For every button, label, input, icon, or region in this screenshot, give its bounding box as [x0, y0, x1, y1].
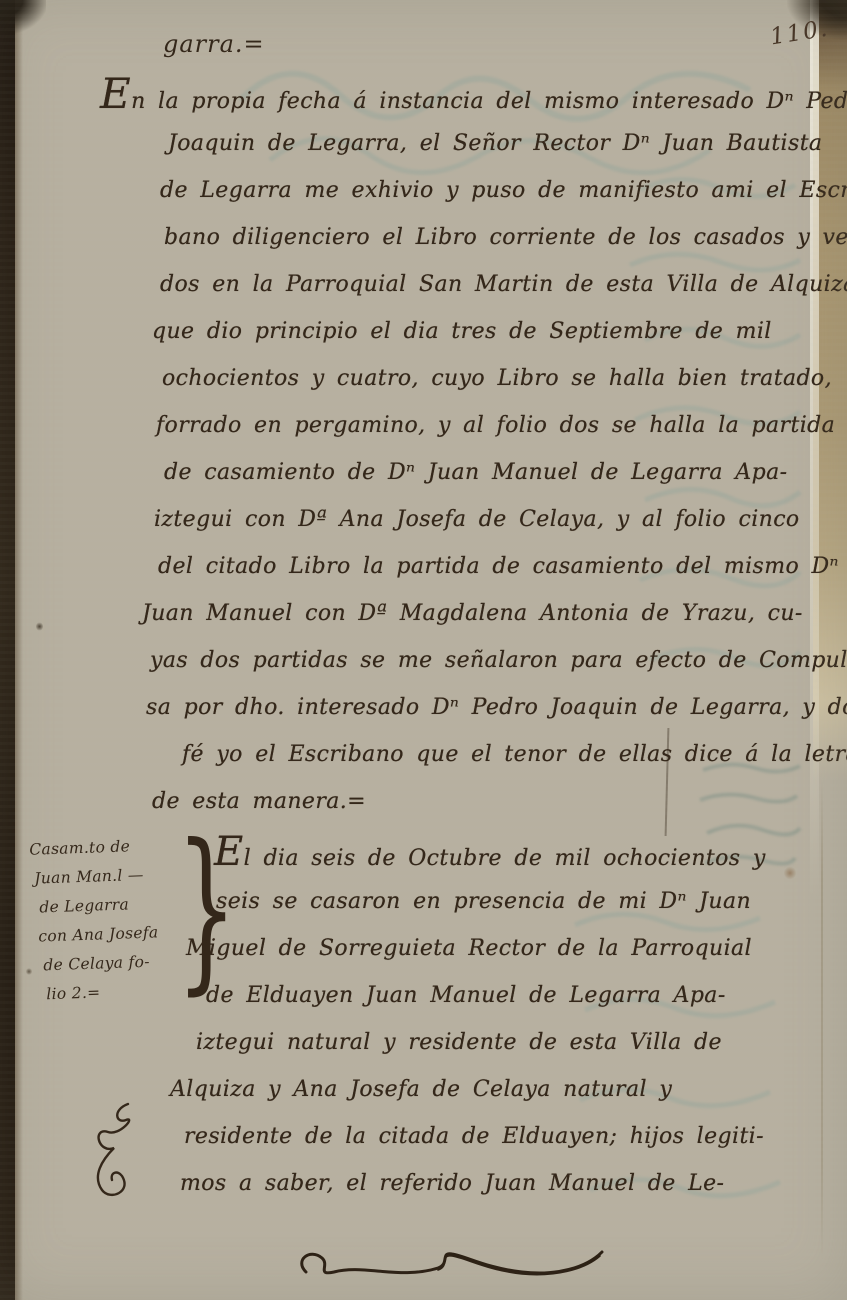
body-line: yas dos partidas se me señalaron para ef…	[150, 648, 818, 695]
body-line: bano diligenciero el Libro corriente de …	[164, 225, 818, 272]
manuscript-scan-page: 110. garra.= En la propia fecha á instan…	[0, 0, 847, 1300]
ink-speck	[26, 968, 32, 975]
opening-word-fragment: garra.=	[163, 30, 265, 58]
body-line: En la propia fecha á instancia del mismo…	[100, 84, 818, 131]
body-line: que dio principio el dia tres de Septiem…	[152, 319, 818, 366]
body-line: forrado en pergamino, y al folio dos se …	[156, 413, 818, 460]
record-line: de Elduayen Juan Manuel de Legarra Apa-	[206, 983, 800, 1030]
marriage-record-paragraph: El dia seis de Octubre de mil ochociento…	[200, 842, 800, 1218]
body-line: Juan Manuel con Dª Magdalena Antonia de …	[142, 601, 818, 648]
binding-edge	[0, 0, 15, 1300]
record-line: El dia seis de Octubre de mil ochociento…	[214, 842, 800, 889]
record-line: Miguel de Sorreguieta Rector de la Parro…	[186, 936, 800, 983]
body-paragraph: En la propia fecha á instancia del mismo…	[158, 84, 818, 836]
ink-speck	[36, 622, 43, 631]
closing-flourish	[290, 1238, 610, 1298]
body-line: iztegui con Dª Ana Josefa de Celaya, y a…	[154, 507, 818, 554]
margin-note-line: lio 2.=	[46, 980, 193, 1014]
record-line: mos a saber, el referido Juan Manuel de …	[180, 1171, 800, 1218]
paper-crease	[821, 780, 823, 1260]
body-line: Joaquin de Legarra, el Señor Rector Dⁿ J…	[168, 131, 818, 178]
margin-note: Casam.to deJuan Man.l —de Legarracon Ana…	[29, 835, 193, 1014]
body-line: del citado Libro la partida de casamient…	[158, 554, 818, 601]
record-line: Alquiza y Ana Josefa de Celaya natural y	[170, 1077, 800, 1124]
body-line: fé yo el Escribano que el tenor de ellas…	[182, 742, 818, 789]
body-line: de casamiento de Dⁿ Juan Manuel de Legar…	[164, 460, 818, 507]
body-line: de Legarra me exhivio y puso de manifies…	[160, 178, 818, 225]
record-line: iztegui natural y residente de esta Vill…	[196, 1030, 800, 1077]
body-line: dos en la Parroquial San Martin de esta …	[160, 272, 818, 319]
body-line: ochocientos y cuatro, cuyo Libro se hall…	[162, 366, 818, 413]
record-line: residente de la citada de Elduayen; hijo…	[184, 1124, 800, 1171]
record-line: seis se casaron en presencia de mi Dⁿ Ju…	[216, 889, 800, 936]
body-line: de esta manera.=	[152, 789, 818, 836]
body-line: sa por dho. interesado Dⁿ Pedro Joaquin …	[146, 695, 818, 742]
corner-shadow-top-left	[0, 0, 46, 34]
notary-rubric-icon	[84, 1100, 146, 1215]
